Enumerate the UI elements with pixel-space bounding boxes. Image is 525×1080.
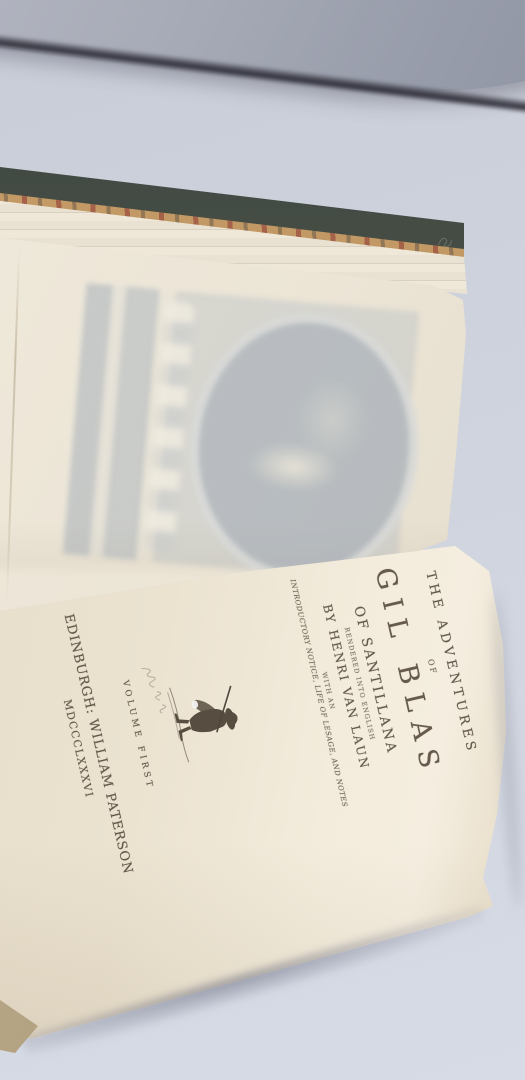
background-object [0,0,525,119]
photograph: THE ADVENTURES OF GIL BLAS OF SANTILLANA… [0,0,525,1080]
traveler-vignette-icon [160,664,256,769]
corner-pencil-mark [435,233,457,252]
